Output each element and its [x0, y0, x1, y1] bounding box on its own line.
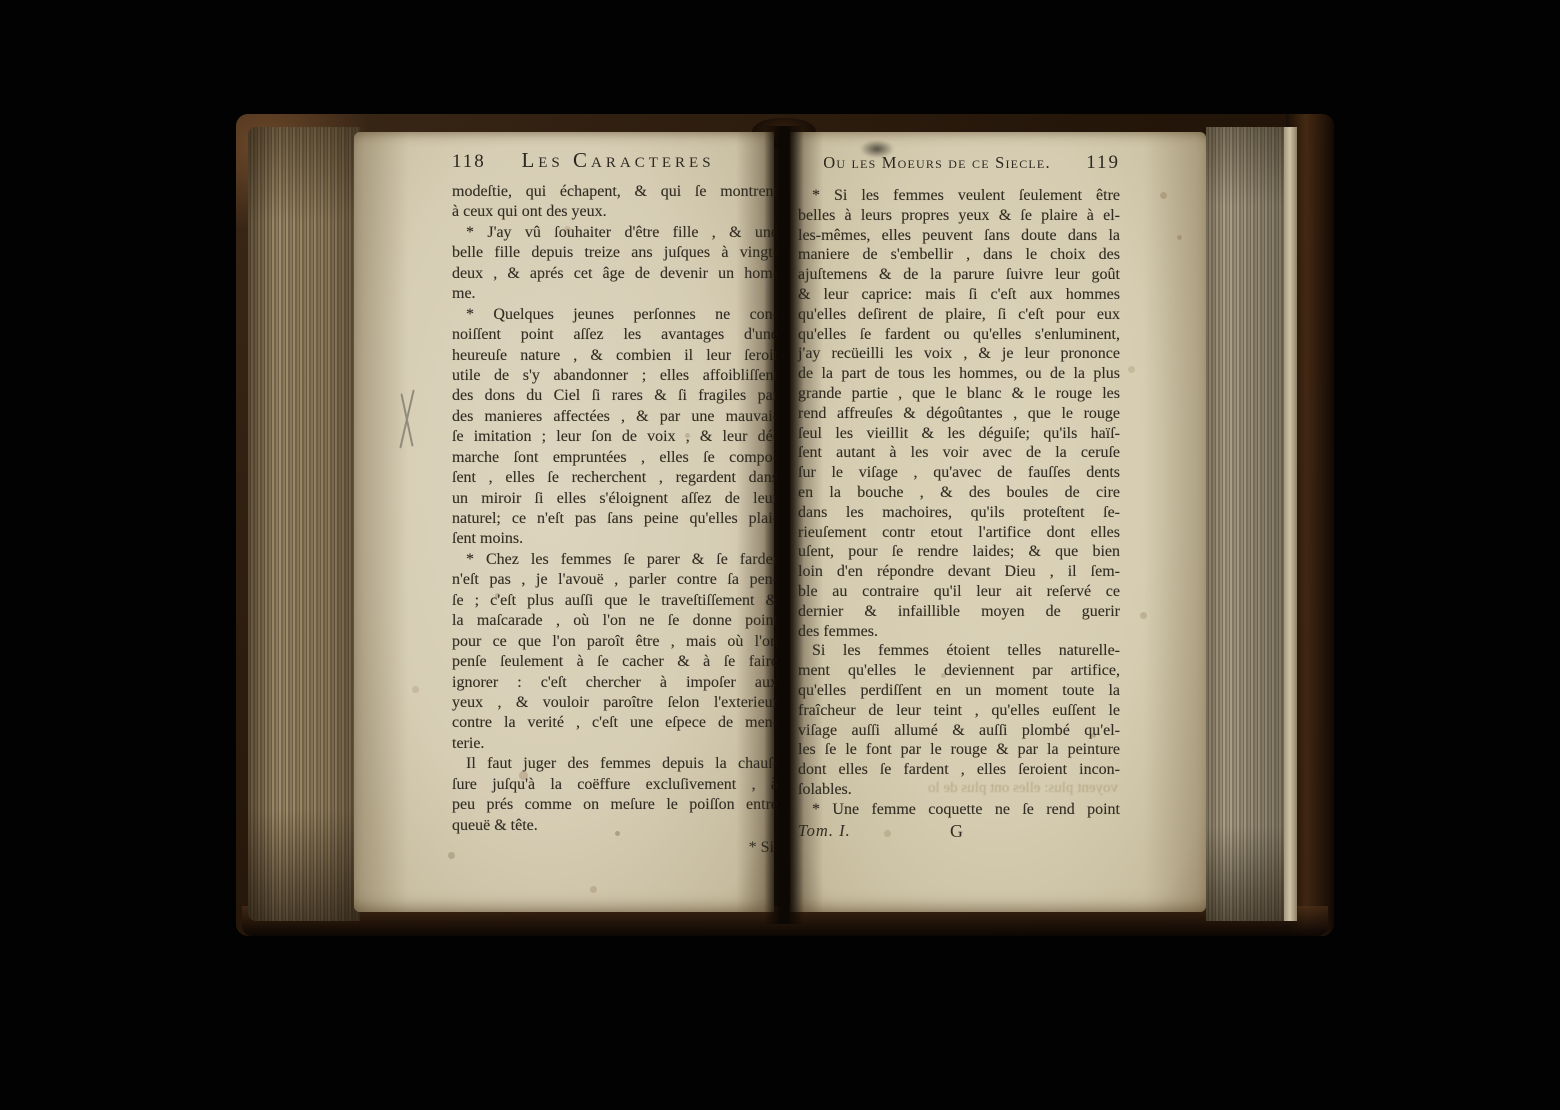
text-line: dernier & infaillible moyen de guerir	[798, 602, 1120, 622]
text-line: uſent, pour ſe rendre laides; & que bien	[798, 542, 1120, 562]
text-line: yeux , & vouloir paroître ſelon l'exteri…	[452, 693, 778, 713]
text-line: grande partie , que le blanc & le rouge …	[798, 384, 1120, 404]
text-line: ſent , elles ſe recherchent , regardent …	[452, 468, 778, 488]
text-line: utile de s'y abandonner ; elles affoibli…	[452, 366, 778, 386]
text-line: ſe ; c'eſt plus auſſi que le traveſtiſſe…	[452, 591, 778, 611]
text-block-right: Ou les Moeurs de ce Siecle. 119 * Si les…	[798, 152, 1120, 843]
text-line: j'ay recüeilli les voix , & je leur pron…	[798, 344, 1120, 364]
text-line: ſure juſqu'à la coëffure excluſivement ,…	[452, 775, 778, 795]
text-line: ſur le viſage , qu'avec de fauſſes dents	[798, 463, 1120, 483]
text-line: des manieres affectées , & par une mauva…	[452, 407, 778, 427]
text-line: ment qu'elles le deviennent par artifice…	[798, 661, 1120, 681]
text-line: un miroir ſi elles s'éloignent aſſez de …	[452, 489, 778, 509]
text-line: qu'elles deſirent de plaire, ſi c'eſt po…	[798, 305, 1120, 325]
text-line: contre la verité , c'eſt une eſpece de m…	[452, 713, 778, 733]
page-header: 118 Les Caracteres	[452, 148, 778, 178]
page-number: 119	[1076, 152, 1120, 174]
page-edges-right	[1206, 127, 1284, 921]
text-line: penſe ſeulement à ſe cacher & à ſe faire	[452, 652, 778, 672]
photo-background: 118 Les Caracteres modeſtie, qui échapen…	[0, 0, 1560, 1110]
text-line: les-mêmes, elles peuvent ſans doute dans…	[798, 226, 1120, 246]
page-body: modeſtie, qui échapent, & qui ſe montren…	[452, 182, 778, 836]
text-line: qu'elles perdiſſent en un moment toute l…	[798, 681, 1120, 701]
text-line: * Si les femmes veulent ſeulement être	[798, 186, 1120, 206]
text-line: & leur caprice: mais ſi c'eſt aux hommes	[798, 285, 1120, 305]
text-line: queuë & tête.	[452, 816, 778, 836]
text-line: la maſcarade , où l'on ne ſe donne point	[452, 611, 778, 631]
text-line: les ſe le font par le rouge & par la pei…	[798, 740, 1120, 760]
text-line: modeſtie, qui échapent, & qui ſe montren…	[452, 182, 778, 202]
text-line: * J'ay vû ſouhaiter d'être fille , & une	[452, 223, 778, 243]
text-line: des dons du Ciel ſi rares & ſi fragiles …	[452, 386, 778, 406]
text-line: belle fille depuis treize ans juſques à …	[452, 243, 778, 263]
volume-signature: Tom. I.	[798, 821, 851, 840]
text-line: en la bouche , & des boules de cire	[798, 483, 1120, 503]
text-line: n'eſt pas , je l'avouë , parler contre ſ…	[452, 570, 778, 590]
text-line: de la part de tous les hommes, ou de la …	[798, 364, 1120, 384]
text-line: Si les femmes étoient telles naturelle-	[798, 641, 1120, 661]
text-line: ſeul les vieillit & les déguiſe; qu'ils …	[798, 424, 1120, 444]
page-header: Ou les Moeurs de ce Siecle. 119	[798, 152, 1120, 182]
text-line: ignorer : c'eſt chercher à impoſer aux	[452, 673, 778, 693]
text-line: * Quelques jeunes perſonnes ne con-	[452, 305, 778, 325]
text-line: Il faut juger des femmes depuis la chauſ…	[452, 754, 778, 774]
text-line: des femmes.	[798, 622, 1120, 642]
text-line: maniere de s'embellir , dans le choix de…	[798, 245, 1120, 265]
text-line: rieuſement contr etout l'artifice dont e…	[798, 523, 1120, 543]
text-line: qu'elles ſe fardent ou qu'elles s'enlumi…	[798, 325, 1120, 345]
text-line: belles à leurs propres yeux & ſe plaire …	[798, 206, 1120, 226]
text-line: naturel; ce n'eſt pas ſans peine qu'elle…	[452, 509, 778, 529]
text-line: peu prés comme on meſure le poiſſon entr…	[452, 795, 778, 815]
page-edges-left	[248, 127, 360, 921]
text-line: à ceux qui ont des yeux.	[452, 202, 778, 222]
text-line: me.	[452, 284, 778, 304]
gathering-signature: G	[950, 821, 963, 842]
page-number: 118	[452, 151, 504, 173]
book: 118 Les Caracteres modeſtie, qui échapen…	[236, 114, 1334, 936]
text-line: noiſſent point aſſez les avantages d'une	[452, 325, 778, 345]
text-line: rend affreuſes & dégoûtantes , que le ro…	[798, 404, 1120, 424]
text-line: terie.	[452, 734, 778, 754]
text-line: ſent autant à les voir avec de la ceruſe	[798, 443, 1120, 463]
text-line: * Une femme coquette ne ſe rend point	[798, 800, 1120, 820]
text-line: ble au contraire qu'il leur ait reſervé …	[798, 582, 1120, 602]
text-line: pour ce que l'on paroît être , mais où l…	[452, 632, 778, 652]
text-line: marche ſont empruntées , elles ſe compo-	[452, 448, 778, 468]
text-line: viſage auſſi allumé & auſſi plombé qu'el…	[798, 721, 1120, 741]
foxing-spots	[354, 132, 357, 135]
signature-row: Tom. I. G	[798, 821, 1120, 843]
text-line: fraîcheur de leur teint , qu'elles euſſe…	[798, 701, 1120, 721]
page-body: * Si les femmes veulent ſeulement êtrebe…	[798, 186, 1120, 820]
page-118: 118 Les Caracteres modeſtie, qui échapen…	[354, 132, 774, 912]
text-line: loin d'en répondre devant Dieu , il ſem-	[798, 562, 1120, 582]
text-line: ajuſtemens & de la parure ſuivre leur go…	[798, 265, 1120, 285]
text-line: ſolables.	[798, 780, 1120, 800]
board-edge-strip	[1284, 127, 1297, 921]
text-block-left: 118 Les Caracteres modeſtie, qui échapen…	[452, 148, 778, 858]
text-line: dont elles ſe fardent , elles ſeroient i…	[798, 760, 1120, 780]
running-title: Les Caracteres	[504, 148, 732, 173]
page-119: voyent plus: elles ont plus de lo Ou les…	[790, 132, 1206, 912]
margin-x-mark	[390, 388, 426, 452]
catchword: * Si	[452, 838, 778, 858]
gutter-shadow	[764, 126, 804, 924]
text-line: ſe imitation ; leur ſon de voix , & leur…	[452, 427, 778, 447]
text-line: * Chez les femmes ſe parer & ſe farder	[452, 550, 778, 570]
running-title: Ou les Moeurs de ce Siecle.	[798, 153, 1076, 173]
text-line: deux , & aprés cet âge de devenir un hom…	[452, 264, 778, 284]
text-line: dans les machoires, qu'ils proteſtent ſe…	[798, 503, 1120, 523]
text-line: ſent moins.	[452, 529, 778, 549]
text-line: heureuſe nature , & combien il leur ſero…	[452, 346, 778, 366]
